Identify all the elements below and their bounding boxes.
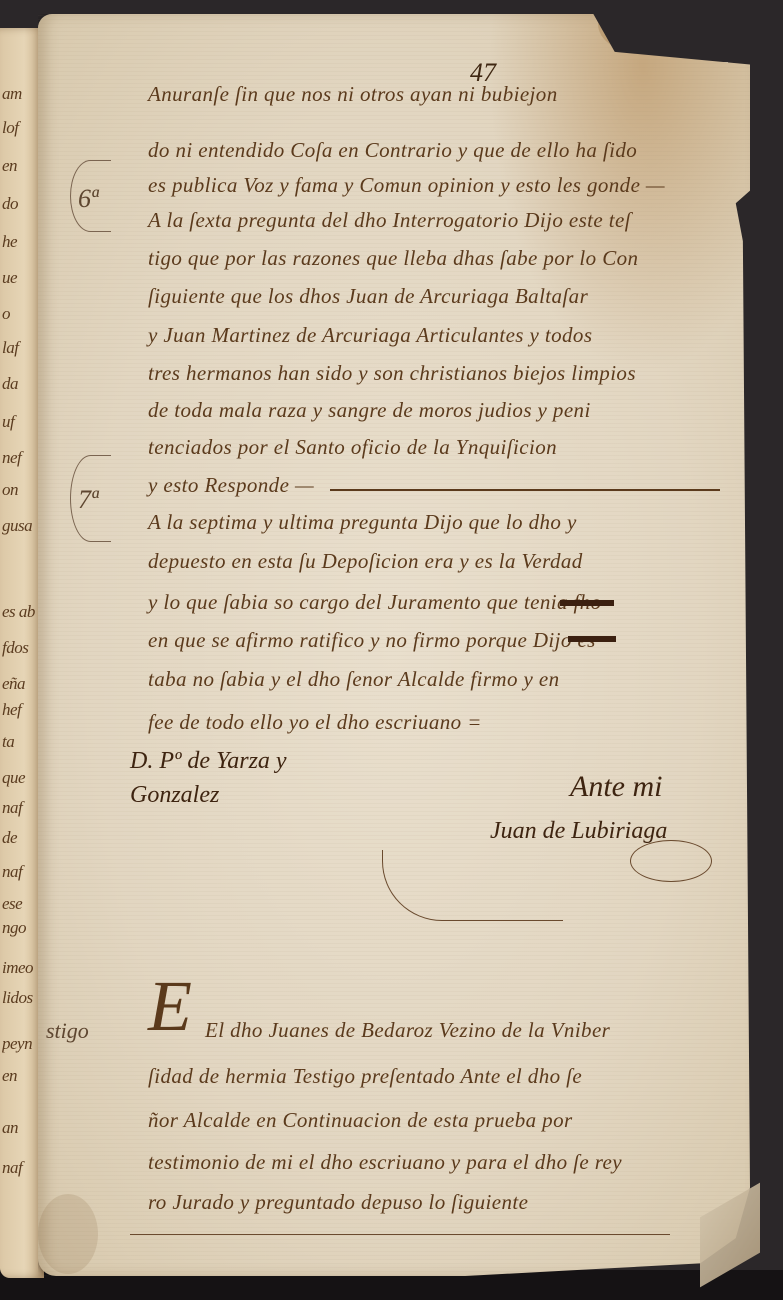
text-line: es publica Voz y fama y Comun opinion y … bbox=[148, 173, 665, 198]
facing-page-left: am lof en do he ue o laf da uf nef on gu… bbox=[0, 28, 44, 1278]
ink-blot bbox=[560, 600, 614, 606]
left-fragment: eña bbox=[2, 674, 42, 694]
left-fragment: he bbox=[2, 232, 42, 252]
margin-note-text: 6ª bbox=[78, 184, 98, 214]
left-fragment: naf bbox=[2, 798, 42, 818]
left-fragment: lof bbox=[2, 118, 42, 138]
left-fragment: am bbox=[2, 84, 42, 104]
signature-notary: Juan de Lubiriaga bbox=[490, 818, 667, 845]
text-line: y Juan Martinez de Arcuriaga Articulante… bbox=[148, 323, 592, 348]
text-line: Anuranſe ſin que nos ni otros ayan ni bu… bbox=[148, 82, 558, 107]
left-fragment: do bbox=[2, 194, 42, 214]
text-line: y lo que ſabia so cargo del Juramento qu… bbox=[148, 590, 602, 615]
text-line: A la ſexta pregunta del dho Interrogator… bbox=[148, 208, 631, 233]
water-stain bbox=[598, 0, 688, 54]
left-fragment: en bbox=[2, 1066, 42, 1086]
text-line: tenciados por el Santo oficio de la Ynqu… bbox=[148, 435, 557, 460]
closing-rule bbox=[130, 1234, 670, 1235]
left-fragment: ta bbox=[2, 732, 42, 752]
signature-left: D. Pº de Yarza y Gonzalez bbox=[130, 744, 310, 812]
text-line: ſidad de hermia Testigo preſentado Ante … bbox=[148, 1064, 582, 1089]
edge-stain bbox=[38, 1194, 98, 1274]
ink-blot bbox=[568, 636, 616, 642]
left-fragment: nef bbox=[2, 448, 42, 468]
margin-note-6a: 6ª bbox=[70, 160, 130, 240]
initial-capital-E: E bbox=[148, 965, 192, 1048]
left-fragment: da bbox=[2, 374, 42, 394]
line-filler-stroke bbox=[330, 489, 720, 491]
text-line: depuesto en esta ſu Depoſicion era y es … bbox=[148, 549, 583, 574]
text-line: ñor Alcalde en Continuacion de esta prue… bbox=[148, 1108, 573, 1133]
margin-note-text: 7ª bbox=[78, 485, 98, 515]
signature-flourish bbox=[630, 840, 712, 882]
left-fragment: hef bbox=[2, 700, 42, 720]
text-line: de toda mala raza y sangre de moros judi… bbox=[148, 398, 591, 423]
left-fragment: imeo bbox=[2, 958, 42, 978]
text-line: en que se afirmo ratifico y no firmo por… bbox=[148, 628, 596, 653]
left-fragment: gusa bbox=[2, 516, 42, 536]
text-line: tigo que por las razones que lleba dhas … bbox=[148, 246, 638, 271]
left-fragment: uf bbox=[2, 412, 42, 432]
text-line: fee de todo ello yo el dho escriuano = bbox=[148, 710, 482, 735]
left-fragment: on bbox=[2, 480, 42, 500]
text-line: testimonio de mi el dho escriuano y para… bbox=[148, 1150, 622, 1175]
left-fragment: ese bbox=[2, 894, 42, 914]
left-fragment: ngo bbox=[2, 918, 42, 938]
text-line: El dho Juanes de Bedaroz Vezino de la Vn… bbox=[205, 1018, 610, 1043]
left-fragment: que bbox=[2, 768, 42, 788]
left-fragment: de bbox=[2, 828, 42, 848]
text-line: do ni entendido Coſa en Contrario y que … bbox=[148, 138, 637, 163]
text-line: ſiguiente que los dhos Juan de Arcuriaga… bbox=[148, 284, 588, 309]
text-line: y esto Responde — bbox=[148, 473, 314, 498]
left-fragment: es ab bbox=[2, 602, 42, 622]
left-fragment: naf bbox=[2, 862, 42, 882]
margin-note-testigo: stigo bbox=[46, 1018, 89, 1044]
signature-ante-mi: Ante mi bbox=[570, 770, 662, 804]
left-fragment: peyn bbox=[2, 1034, 42, 1054]
left-fragment: an bbox=[2, 1118, 42, 1138]
left-fragment: lidos bbox=[2, 988, 42, 1008]
left-fragment: en bbox=[2, 156, 42, 176]
left-fragment: fdos bbox=[2, 638, 42, 658]
left-fragment: laf bbox=[2, 338, 42, 358]
text-line: taba no ſabia y el dho ſenor Alcalde fir… bbox=[148, 667, 560, 692]
left-fragment: ue bbox=[2, 268, 42, 288]
text-line: A la septima y ultima pregunta Dijo que … bbox=[148, 510, 577, 535]
margin-note-7a: 7ª bbox=[70, 455, 130, 545]
signature-flourish bbox=[382, 850, 563, 921]
text-line: ro Jurado y preguntado depuso lo ſiguien… bbox=[148, 1190, 528, 1215]
left-fragment: naf bbox=[2, 1158, 42, 1178]
left-fragment: o bbox=[2, 304, 42, 324]
text-line: tres hermanos han sido y son christianos… bbox=[148, 361, 636, 386]
